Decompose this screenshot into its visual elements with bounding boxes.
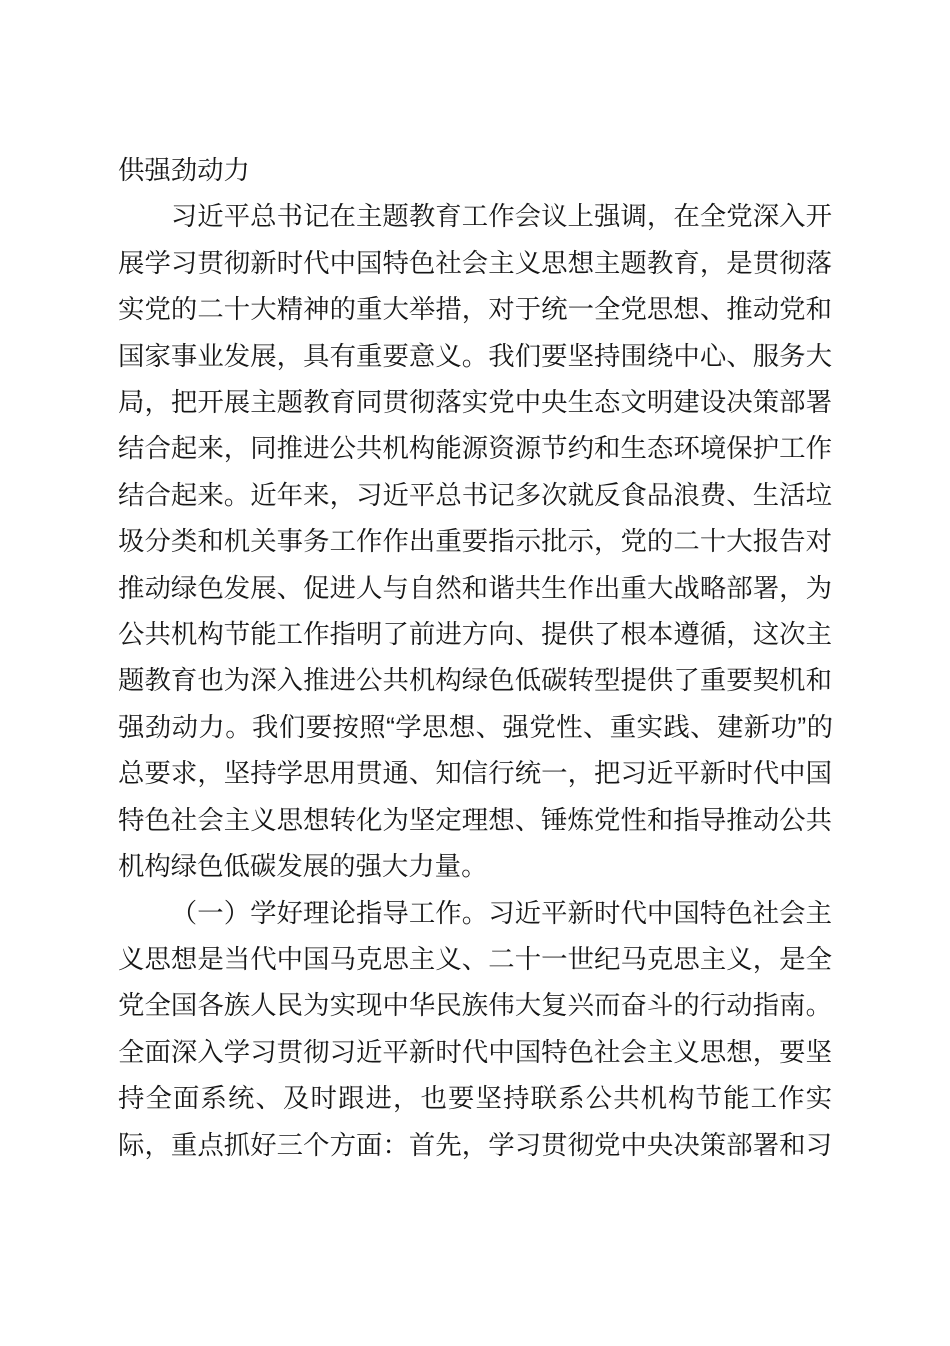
text-line: 习近平总书记在主题教育工作会议上强调，在全党深入开 [118,193,832,239]
document-page: 供强劲动力 习近平总书记在主题教育工作会议上强调，在全党深入开 展学习贯彻新时代… [0,0,950,1346]
text-line: 结合起来，同推进公共机构能源资源节约和生态环境保护工作 [118,425,832,471]
text-line: 义思想是当代中国马克思主义、二十一世纪马克思主义，是全 [118,936,832,982]
text-line: 题教育也为深入推进公共机构绿色低碳转型提供了重要契机和 [118,657,832,703]
text-line: 持全面系统、及时跟进，也要坚持联系公共机构节能工作实 [118,1075,832,1121]
text-line: 总要求，坚持学思用贯通、知信行统一，把习近平新时代中国 [118,750,832,796]
text-line: 展学习贯彻新时代中国特色社会主义思想主题教育，是贯彻落 [118,240,832,286]
text-line: 际，重点抓好三个方面：首先，学习贯彻党中央决策部署和习 [118,1122,832,1168]
text-line: 推动绿色发展、促进人与自然和谐共生作出重大战略部署，为 [118,565,832,611]
text-line: 实党的二十大精神的重大举措，对于统一全党思想、推动党和 [118,286,832,332]
text-line: 机构绿色低碳发展的强大力量。 [118,843,832,889]
text-line: （一）学好理论指导工作。习近平新时代中国特色社会主 [118,890,832,936]
text-line: 党全国各族人民为实现中华民族伟大复兴而奋斗的行动指南。 [118,982,832,1028]
text-line: 结合起来。近年来，习近平总书记多次就反食品浪费、生活垃 [118,472,832,518]
text-line: 国家事业发展，具有重要意义。我们要坚持围绕中心、服务大 [118,333,832,379]
text-line: 局，把开展主题教育同贯彻落实党中央生态文明建设决策部署 [118,379,832,425]
text-line: 圾分类和机关事务工作作出重要指示批示，党的二十大报告对 [118,518,832,564]
text-line: 全面深入学习贯彻习近平新时代中国特色社会主义思想，要坚 [118,1029,832,1075]
text-line: 特色社会主义思想转化为坚定理想、锤炼党性和指导推动公共 [118,797,832,843]
text-line: 强劲动力。我们要按照“学思想、强党性、重实践、建新功”的 [118,704,832,750]
text-line: 公共机构节能工作指明了前进方向、提供了根本遵循，这次主 [118,611,832,657]
text-line: 供强劲动力 [118,147,832,193]
document-body: 供强劲动力 习近平总书记在主题教育工作会议上强调，在全党深入开 展学习贯彻新时代… [0,0,950,1168]
